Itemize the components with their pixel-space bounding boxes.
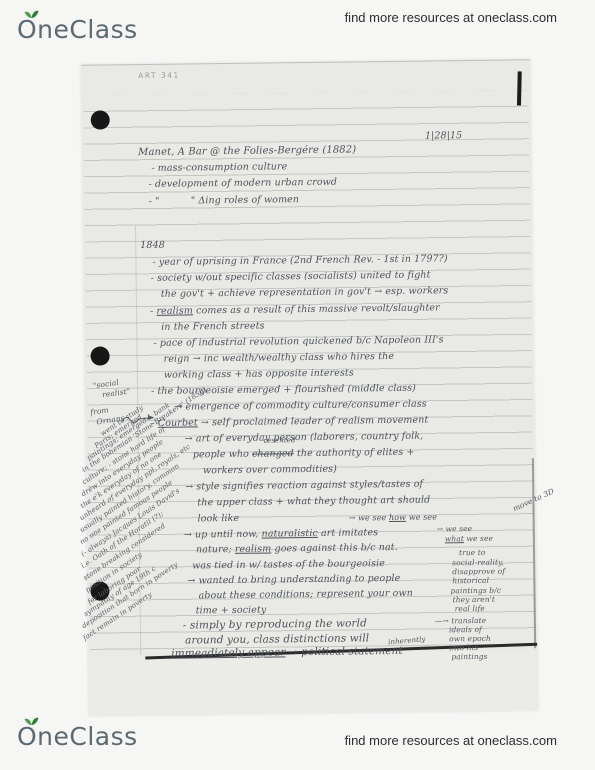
note-seg: we see [464, 534, 493, 543]
margin-note-right: paintings b/c [450, 587, 501, 595]
sprout-icon [24, 715, 39, 726]
note-date: 1|28|15 [425, 131, 462, 141]
sprout-icon [24, 8, 39, 19]
hole-punch [90, 346, 109, 365]
note-seg-underlined: what [445, 534, 464, 543]
note-line: immeadiately appear → political statemen… [171, 646, 403, 659]
note-line: nature; realism goes against this b/c na… [196, 543, 398, 555]
note-line: - simply by reproducing the world [183, 618, 367, 631]
note-seg: art imitates [318, 527, 378, 539]
margin-note-right: → we see [437, 525, 473, 533]
note-seg: goes against this b/c nat. [271, 542, 398, 555]
note-line: time + society [196, 606, 267, 616]
note-line: in the French streets [161, 322, 264, 333]
note-line: → up until now, naturalistic art imitate… [184, 528, 378, 540]
note-aside: → we see how we see [349, 513, 438, 522]
note-seg-struck: changed [252, 448, 294, 460]
note-seg: people who [193, 449, 252, 461]
note-line: working class + has opposite interests [164, 368, 354, 380]
note-heading-1848: 1848 [140, 241, 165, 251]
note-line: around you, class distinctions will [185, 633, 369, 646]
note-seg: → up until now, [184, 529, 262, 541]
note-line: - development of modern urban crowd [148, 178, 337, 190]
course-code: ART 341 [138, 72, 180, 80]
note-seg-underlined: immeadiately appear [171, 646, 285, 659]
note-seg-underlined: naturalistic [262, 528, 318, 540]
note-line: - mass-consumption culture [151, 162, 287, 173]
margin-note-right: social-reality, [452, 559, 504, 567]
note-line: → wanted to bring understanding to peopl… [187, 574, 400, 586]
note-seg: → political statement [285, 645, 402, 658]
margin-note-right: ideals of [449, 626, 482, 634]
margin-note-right: they aren't [453, 596, 495, 604]
note-seg-underlined: how [389, 513, 406, 522]
note-seg-underlined: realism [235, 543, 272, 554]
note-seg: → we see [349, 513, 389, 522]
hole-punch [91, 110, 110, 129]
oneclass-logo-footer: OneClass [17, 722, 138, 751]
note-line: - " " Δing roles of women [149, 195, 299, 206]
note-seg: nature; [196, 544, 235, 555]
note-line: look like [198, 514, 240, 524]
note-seg: the authority of elites + [294, 447, 415, 459]
scanned-page: ART 341 1|28|15 Manet, A Bar @ the Folie… [81, 59, 538, 715]
note-line: workers over commodities) [203, 465, 337, 476]
margin-note-right: true to [459, 549, 486, 557]
note-insertion: resented [264, 437, 296, 444]
note-line: people who changed the authority of elit… [193, 448, 415, 460]
note-seg-underlined: realism [156, 305, 193, 316]
margin-note-right: disapprove of [452, 568, 505, 576]
oneclass-document-viewer: { "header": { "brand": "OneClass", "tagl… [0, 0, 595, 770]
margin-note-right: —→ translate [435, 617, 487, 625]
margin-note-right: paintings [451, 653, 487, 661]
brand-text: OneClass [17, 722, 138, 751]
note-line: was tied in w/ tastes of the bourgeoisie [192, 559, 385, 571]
note-seg: we see [406, 512, 437, 521]
margin-note-right: historical [452, 577, 489, 585]
margin-note-right: into his [449, 644, 478, 652]
margin-note-right: real life [455, 605, 485, 613]
scan-artifact-edge [517, 71, 522, 105]
header-tagline: find more resources at oneclass.com [345, 10, 557, 25]
margin-note-right: what we see [445, 535, 493, 543]
margin-note-right: own epoch [449, 635, 491, 643]
note-line: about these conditions; represent your o… [198, 589, 412, 601]
footer-tagline: find more resources at oneclass.com [345, 733, 557, 748]
oneclass-logo: OneClass [17, 15, 138, 44]
brand-text: OneClass [17, 15, 138, 44]
